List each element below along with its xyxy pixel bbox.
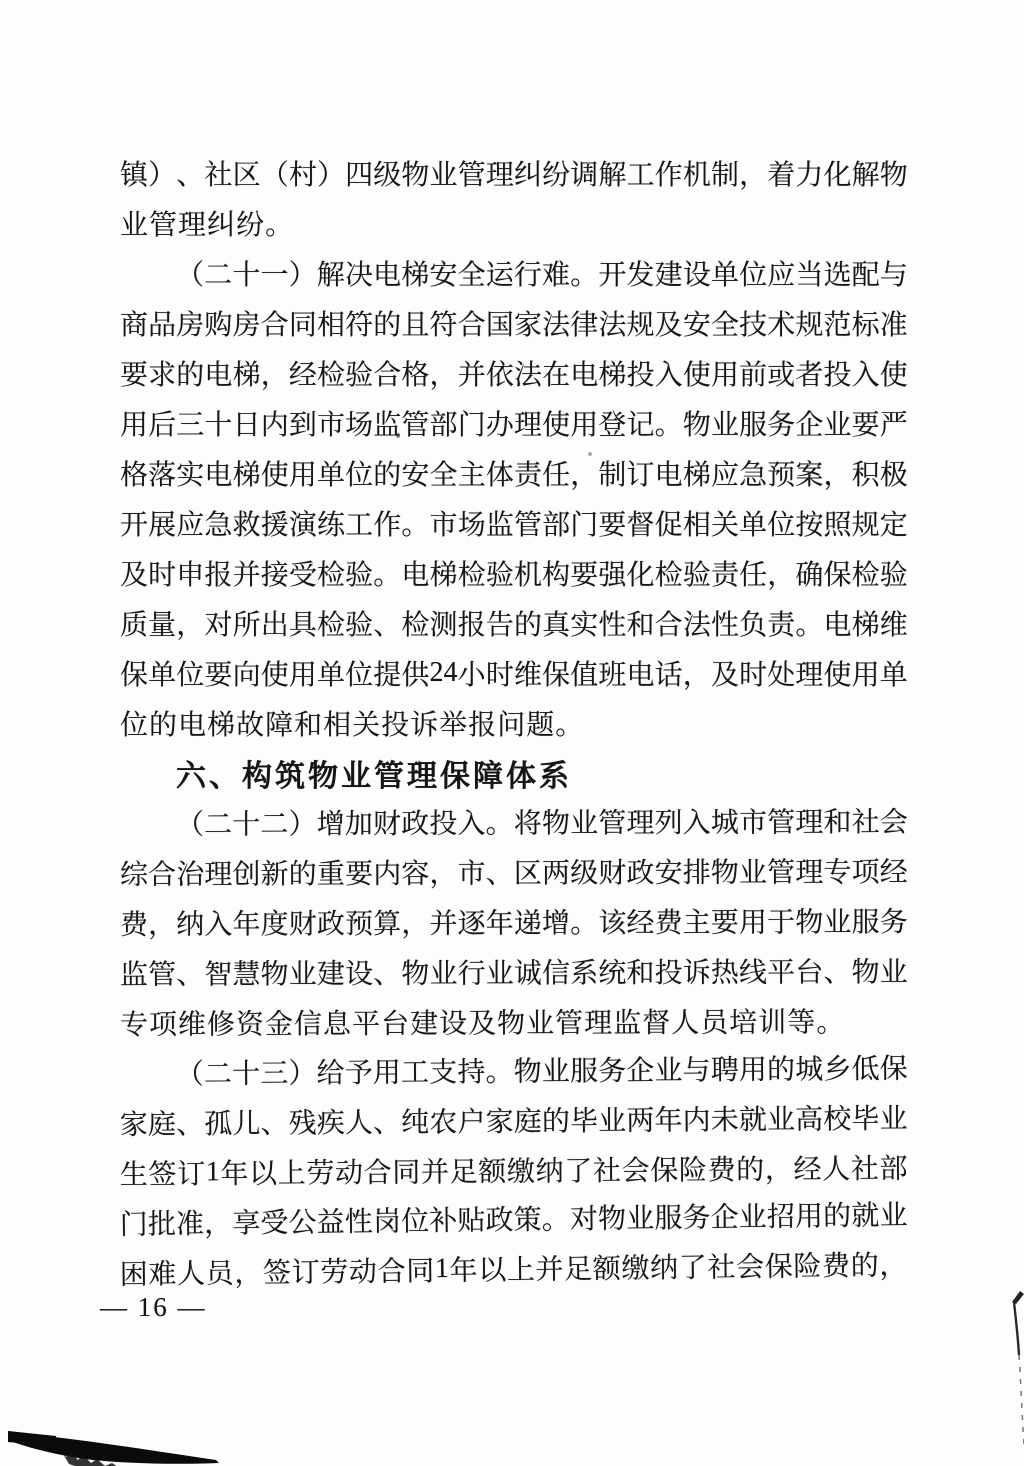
text-lines: 镇）、社区（村）四级物业管理纠纷调解工作机制，着力化解物业管理纠纷。（二十一）解… bbox=[120, 148, 908, 1298]
text-line: （二十二）增加财政投入。将物业管理列入城市管理和社会 bbox=[120, 795, 908, 848]
text-line: （二十一）解决电梯安全运行难。开发建设单位应当选配与 bbox=[120, 248, 908, 298]
text-line: 监管、智慧物业建设、物业行业诚信系统和投诉热线平台、物业 bbox=[120, 945, 908, 998]
text-line: 困难人员，签订劳动合同1年以上并足额缴纳了社会保险费的， bbox=[119, 1238, 908, 1298]
text-line: 专项维修资金信息平台建设及物业管理监督人员培训等。 bbox=[120, 995, 908, 1048]
pen-mark-bottom-right bbox=[1012, 1291, 1024, 1445]
text-line: 用后三十日内到市场监管部门办理使用登记。物业服务企业要严 bbox=[120, 398, 908, 448]
text-line: 格落实电梯使用单位的安全主体责任，制订电梯应急预案，积极 bbox=[120, 448, 908, 498]
text-line: 费，纳入年度财政预算，并逐年递增。该经费主要用于物业服务 bbox=[120, 895, 908, 948]
text-line: 质量，对所出具检验、检测报告的真实性和合法性负责。电梯维 bbox=[120, 598, 908, 648]
text-line: 要求的电梯，经检验合格，并依法在电梯投入使用前或者投入使 bbox=[120, 348, 908, 398]
page-number: — 16 — bbox=[100, 1292, 207, 1323]
text-line: 开展应急救援演练工作。市场监管部门要督促相关单位按照规定 bbox=[120, 498, 908, 548]
text-line: 商品房购房合同相符的且符合国家法律法规及安全技术规范标准 bbox=[120, 298, 908, 348]
text-line: 综合治理创新的重要内容，市、区两级财政安排物业管理专项经 bbox=[120, 845, 908, 898]
text-line: （二十三）给予用工支持。物业服务企业与聘用的城乡低保 bbox=[120, 1042, 908, 1098]
text-line: 镇）、社区（村）四级物业管理纠纷调解工作机制，着力化解物 bbox=[120, 148, 908, 198]
text-line: 家庭、孤儿、残疾人、纯农户家庭的毕业两年内未就业高校毕业 bbox=[120, 1092, 908, 1148]
text-line: 保单位要向使用单位提供24小时维保值班电话，及时处理使用单 bbox=[120, 648, 908, 698]
text-line: 及时申报并接受检验。电梯检验机构要强化检验责任，确保检验 bbox=[120, 548, 908, 598]
text-line: 业管理纠纷。 bbox=[120, 198, 908, 248]
text-line: 位的电梯故障和相关投诉举报问题。 bbox=[120, 698, 908, 748]
section-heading: 六、构筑物业管理保障体系 bbox=[120, 748, 908, 798]
scanned-document-page: 镇）、社区（村）四级物业管理纠纷调解工作机制，着力化解物业管理纠纷。（二十一）解… bbox=[0, 0, 1024, 1466]
